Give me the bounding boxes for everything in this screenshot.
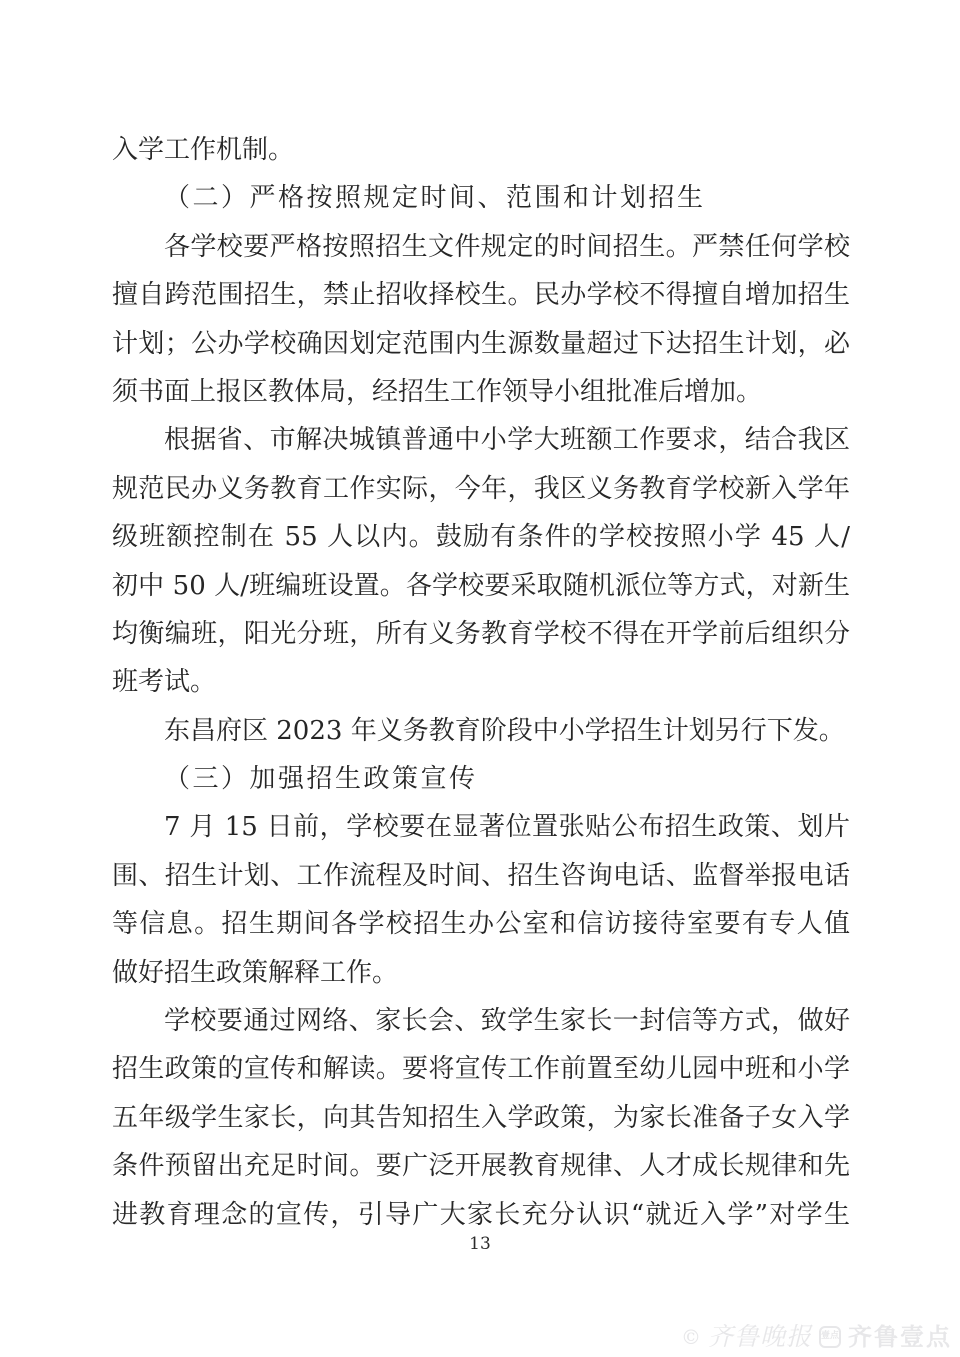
text-line: （三）加强招生政策宣传 [112, 755, 850, 803]
watermark-newspaper-name: 齐鲁晚报 [708, 1324, 812, 1349]
document-text: 入学工作机制。（二）严格按照规定时间、范围和计划招生各学校要严格按照招生文件规定… [112, 126, 850, 1239]
text-line: 招生政策的宣传和解读。要将宣传工作前置至幼儿园中班和小学 [112, 1045, 850, 1093]
text-line: 初中 50 人/班编班设置。各学校要采取随机派位等方式，对新生 [112, 562, 850, 610]
text-line: 进教育理念的宣传，引导广大家长充分认识“就近入学”对学生 [112, 1191, 850, 1239]
text-line: 擅自跨范围招生，禁止招收择校生。民办学校不得擅自增加招生 [112, 271, 850, 319]
text-line: 学校要通过网络、家长会、致学生家长一封信等方式，做好 [112, 997, 850, 1045]
text-line: 计划；公办学校确因划定范围内生源数量超过下达招生计划，必 [112, 320, 850, 368]
text-line: 根据省、市解决城镇普通中小学大班额工作要求，结合我区 [112, 416, 850, 464]
text-line: （二）严格按照规定时间、范围和计划招生 [112, 174, 850, 222]
watermark: © 齐鲁晚报 壹点 齐鲁壹点 [681, 1324, 952, 1349]
text-line: 东昌府区 2023 年义务教育阶段中小学招生计划另行下发。 [112, 707, 850, 755]
text-line: 须书面上报区教体局，经招生工作领导小组批准后增加。 [112, 368, 850, 416]
copyright-icon: © [681, 1327, 701, 1347]
text-line: 围、招生计划、工作流程及时间、招生咨询电话、监督举报电话 [112, 852, 850, 900]
text-line: 均衡编班，阳光分班，所有义务教育学校不得在开学前后组织分 [112, 610, 850, 658]
text-line: 规范民办义务教育工作实际，今年，我区义务教育学校新入学年 [112, 465, 850, 513]
text-line: 7 月 15 日前，学校要在显著位置张贴公布招生政策、划片范 [112, 803, 850, 851]
text-line: 入学工作机制。 [112, 126, 850, 174]
text-line: 做好招生政策解释工作。 [112, 949, 850, 997]
text-line: 级班额控制在 55 人以内。鼓励有条件的学校按照小学 45 人/班、 [112, 513, 850, 561]
page-number: 13 [0, 1234, 960, 1254]
text-line: 班考试。 [112, 658, 850, 706]
document-page: 入学工作机制。（二）严格按照规定时间、范围和计划招生各学校要严格按照招生文件规定… [0, 0, 960, 1357]
qilu-yidian-logo-icon: 壹点 [819, 1326, 841, 1348]
text-line: 条件预留出充足时间。要广泛开展教育规律、人才成长规律和先 [112, 1142, 850, 1190]
text-line: 等信息。招生期间各学校招生办公室和信访接待室要有专人值班， [112, 900, 850, 948]
text-line: 各学校要严格按照招生文件规定的时间招生。严禁任何学校 [112, 223, 850, 271]
watermark-brand-name: 齐鲁壹点 [848, 1325, 952, 1349]
text-line: 五年级学生家长，向其告知招生入学政策，为家长准备子女入学 [112, 1094, 850, 1142]
